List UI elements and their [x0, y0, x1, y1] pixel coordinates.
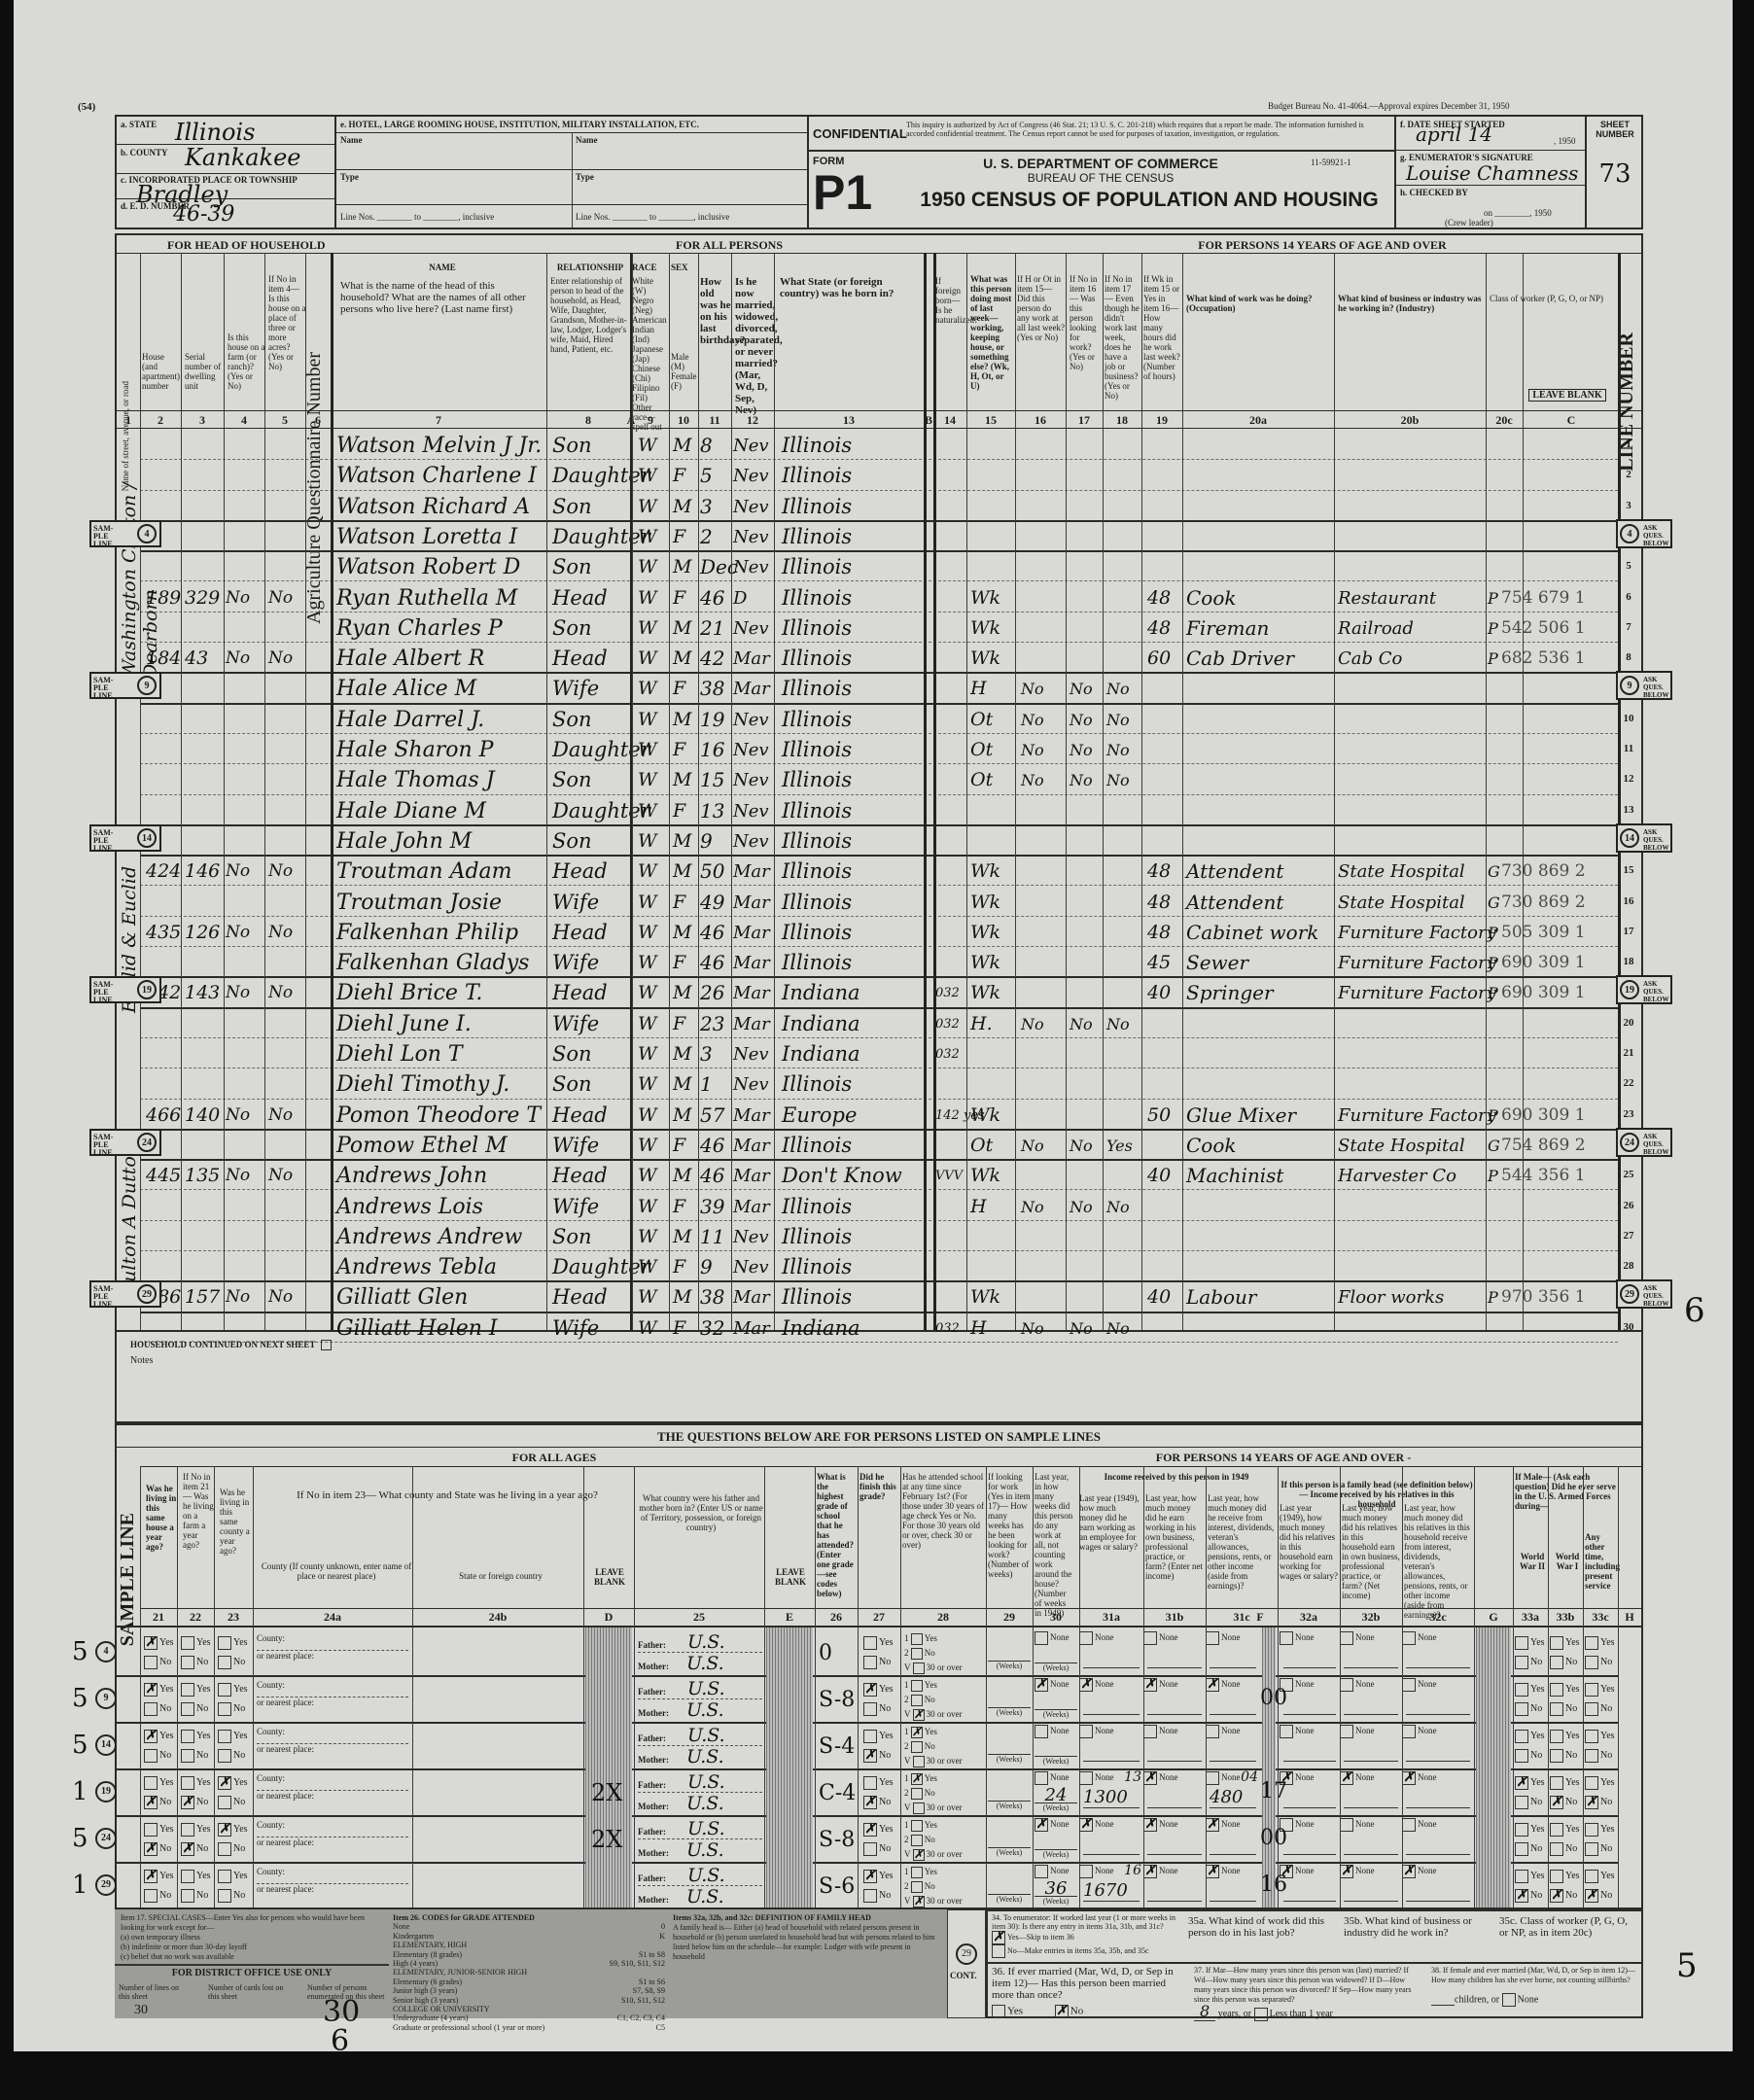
cell-marital[interactable]: Nev	[733, 460, 776, 489]
checkbox-no[interactable]	[1585, 1749, 1598, 1763]
checkbox-thirty[interactable]	[913, 1802, 925, 1814]
cell-rel[interactable]: Wife	[552, 1191, 630, 1220]
checkbox-yes[interactable]	[1585, 1683, 1598, 1697]
cell-code[interactable]: 544 356 1	[1501, 1160, 1602, 1189]
weeks-value[interactable]: 36	[1035, 1878, 1077, 1896]
checkbox-yes[interactable]	[863, 1636, 877, 1650]
checkbox-yes[interactable]: ✗	[144, 1636, 158, 1650]
father-country[interactable]: U.S.	[687, 1771, 725, 1793]
cell-race[interactable]: W	[638, 856, 667, 885]
checkbox-yes[interactable]: ✗	[218, 1776, 231, 1790]
cell-code[interactable]: 970 356 1	[1501, 1281, 1602, 1311]
cell-name[interactable]: Andrews John	[336, 1160, 550, 1189]
cell-rel[interactable]: Daughter	[552, 1251, 630, 1280]
checkbox-no[interactable]	[1585, 1842, 1598, 1856]
cell-birthplace[interactable]: Illinois	[782, 1221, 924, 1250]
checkbox-no[interactable]	[911, 1695, 923, 1706]
checkbox-yes[interactable]	[1515, 1636, 1528, 1650]
cell-marital[interactable]: Nev	[733, 612, 776, 642]
checkbox-yes[interactable]	[181, 1776, 194, 1790]
cell-house[interactable]: 424	[146, 856, 185, 885]
checkbox-yes[interactable]: ✗	[144, 1730, 158, 1743]
amount-field[interactable]	[1147, 1880, 1202, 1902]
mother-country[interactable]: U.S.	[686, 1839, 724, 1861]
cell-house[interactable]: 435	[146, 917, 185, 946]
cell-hours[interactable]: 48	[1147, 856, 1182, 885]
cell-rel[interactable]: Daughter	[552, 795, 630, 824]
none-checkbox[interactable]	[1206, 1725, 1219, 1738]
checkbox-no[interactable]	[1550, 1842, 1563, 1856]
checkbox-yes[interactable]	[911, 1633, 923, 1645]
none-checkbox[interactable]: ✗	[1206, 1678, 1219, 1692]
cell-hours[interactable]: 40	[1147, 977, 1182, 1006]
checkbox-yes[interactable]	[144, 1823, 158, 1837]
cell-birthplace[interactable]: Illinois	[782, 673, 924, 702]
cell-worked[interactable]: No	[1021, 764, 1066, 793]
cell-serial[interactable]: 329	[185, 582, 224, 612]
cell-marital[interactable]: Nev	[733, 734, 776, 763]
cell-birthplace[interactable]: Illinois	[782, 947, 924, 976]
amount-field[interactable]	[1210, 1694, 1256, 1715]
cell-sex[interactable]: F	[673, 1191, 698, 1220]
checkbox-yes[interactable]	[144, 1776, 158, 1790]
cell-job[interactable]: Yes	[1106, 1130, 1141, 1159]
cell-looking[interactable]: No	[1070, 1008, 1105, 1037]
cell-code[interactable]: 690 309 1	[1501, 1100, 1602, 1129]
checkbox-yes[interactable]: ✗	[911, 1773, 923, 1785]
cell-nat[interactable]: 032	[935, 1038, 966, 1067]
cell-farm[interactable]: No	[226, 917, 264, 946]
cell-race[interactable]: W	[638, 1251, 667, 1280]
cell-rel[interactable]: Wife	[552, 673, 630, 702]
cell-serial[interactable]: 140	[185, 1100, 224, 1129]
none-checkbox[interactable]	[1079, 1865, 1093, 1878]
county-field[interactable]: County:or nearest place:	[257, 1867, 408, 1894]
cell-marital[interactable]: Nev	[733, 1038, 776, 1067]
checkbox-no[interactable]: ✗	[144, 1796, 158, 1809]
cell-marital[interactable]: Nev	[733, 1068, 776, 1098]
amount-field[interactable]	[1083, 1694, 1140, 1715]
amount-field[interactable]	[1283, 1834, 1336, 1855]
cell-rel[interactable]: Head	[552, 1281, 630, 1311]
cell-race[interactable]: W	[638, 1008, 667, 1037]
cell-race[interactable]: W	[638, 460, 667, 489]
checkbox-yes[interactable]	[1515, 1823, 1528, 1837]
checkbox-yes[interactable]: ✗	[911, 1727, 923, 1738]
weeks-looking[interactable]: (Weeks)	[988, 1707, 1031, 1717]
cell-activity[interactable]: Ot	[970, 704, 1015, 733]
cell-marital[interactable]: Nev	[733, 521, 776, 550]
cell-age[interactable]: 57	[700, 1100, 733, 1129]
cell-marital[interactable]: Nev	[733, 551, 776, 580]
checkbox-no[interactable]	[218, 1889, 231, 1903]
q36-yes-checkbox[interactable]	[992, 2005, 1005, 2018]
cell-race[interactable]: W	[638, 825, 667, 855]
grade-attended[interactable]: S-8	[819, 1828, 855, 1852]
none-checkbox[interactable]: ✗	[1079, 1818, 1093, 1832]
cell-name[interactable]: Watson Loretta I	[336, 521, 550, 550]
cell-name[interactable]: Hale Sharon P	[336, 734, 550, 763]
cell-age[interactable]: 3	[700, 1038, 733, 1067]
checkbox-no[interactable]	[1550, 1702, 1563, 1716]
none-checkbox[interactable]: ✗	[1143, 1865, 1157, 1878]
cell-farm[interactable]: No	[226, 977, 264, 1006]
cell-rel[interactable]: Wife	[552, 947, 630, 976]
cell-serial[interactable]: 126	[185, 917, 224, 946]
cell-birthplace[interactable]: Illinois	[782, 643, 924, 672]
checkbox-no[interactable]	[911, 1741, 923, 1753]
none-checkbox[interactable]	[1340, 1678, 1353, 1692]
cell-sex[interactable]: F	[673, 1130, 698, 1159]
checkbox-no[interactable]	[1515, 1796, 1528, 1809]
checkbox-thirty[interactable]: ✗	[913, 1709, 925, 1721]
cell-acres[interactable]: No	[268, 643, 305, 672]
cell-race[interactable]: W	[638, 1191, 667, 1220]
cell-code[interactable]: 505 309 1	[1501, 917, 1602, 946]
cell-sex[interactable]: M	[673, 764, 698, 793]
county-field[interactable]: County:or nearest place:	[257, 1727, 408, 1754]
cell-age[interactable]: 38	[700, 1281, 733, 1311]
cell-race[interactable]: W	[638, 430, 667, 459]
none-checkbox[interactable]: ✗	[1340, 1865, 1353, 1878]
cell-serial[interactable]: 146	[185, 856, 224, 885]
checkbox-no[interactable]	[144, 1656, 158, 1669]
checkbox-no[interactable]	[218, 1702, 231, 1716]
cell-nat[interactable]: VVV	[935, 1160, 966, 1189]
cell-age[interactable]: 8	[700, 430, 733, 459]
weeks-looking[interactable]: (Weeks)	[988, 1754, 1031, 1764]
checkbox-no[interactable]	[1515, 1656, 1528, 1669]
none-checkbox[interactable]	[1143, 1725, 1157, 1738]
cell-serial[interactable]: 143	[185, 977, 224, 1006]
cell-worked[interactable]: No	[1021, 704, 1066, 733]
amount-field[interactable]	[1083, 1834, 1140, 1855]
checkbox-yes[interactable]: ✗	[1515, 1776, 1528, 1790]
amount-field[interactable]	[1083, 1740, 1140, 1762]
none-checkbox[interactable]	[1402, 1631, 1416, 1645]
cell-marital[interactable]: Nev	[733, 764, 776, 793]
cell-occupation[interactable]: Machinist	[1186, 1160, 1334, 1189]
cell-birthplace[interactable]: Illinois	[782, 825, 924, 855]
checkbox-no[interactable]	[218, 1656, 231, 1669]
cell-marital[interactable]: Nev	[733, 795, 776, 824]
cell-age[interactable]: 3	[700, 491, 733, 520]
checkbox-yes[interactable]	[1585, 1636, 1598, 1650]
checkbox-thirty[interactable]: ✗	[913, 1849, 925, 1861]
cell-name[interactable]: Falkenhan Philip	[336, 917, 550, 946]
cell-marital[interactable]: Nev	[733, 430, 776, 459]
checkbox-no[interactable]	[1515, 1749, 1528, 1763]
checkbox-yes[interactable]	[1515, 1730, 1528, 1743]
checkbox-no[interactable]: ✗	[1550, 1796, 1563, 1809]
amount-field[interactable]	[1406, 1880, 1470, 1902]
checkbox-yes[interactable]	[863, 1730, 877, 1743]
q37-years-value[interactable]: 8	[1194, 2002, 1215, 2021]
checkbox-no[interactable]	[218, 1749, 231, 1763]
weeks-looking[interactable]: (Weeks)	[988, 1894, 1031, 1904]
q38-children-field[interactable]	[1431, 1994, 1455, 2006]
amount-field[interactable]	[1147, 1787, 1202, 1808]
cell-marital[interactable]: Mar	[733, 856, 776, 885]
cell-sex[interactable]: M	[673, 917, 698, 946]
cell-birthplace[interactable]: Illinois	[782, 856, 924, 885]
cell-name[interactable]: Pomon Theodore T	[336, 1100, 550, 1129]
q37-less-checkbox[interactable]	[1254, 2008, 1268, 2021]
mother-country[interactable]: U.S.	[686, 1699, 724, 1721]
checkbox-no[interactable]	[863, 1702, 877, 1716]
cell-hours[interactable]: 45	[1147, 947, 1182, 976]
cell-nat[interactable]: 142 yes	[935, 1100, 966, 1129]
checkbox-no[interactable]	[218, 1796, 231, 1809]
checkbox-yes[interactable]	[181, 1870, 194, 1883]
cell-birthplace[interactable]: Illinois	[782, 551, 924, 580]
county-field[interactable]: County:or nearest place:	[257, 1680, 408, 1707]
amount-field[interactable]	[1210, 1834, 1256, 1855]
checkbox-yes[interactable]: ✗	[144, 1683, 158, 1697]
cell-occupation[interactable]: Cabinet work	[1186, 917, 1334, 946]
cell-race[interactable]: W	[638, 491, 667, 520]
checkbox-no[interactable]: ✗	[1515, 1889, 1528, 1903]
none-checkbox[interactable]	[1079, 1771, 1093, 1785]
cell-marital[interactable]: Mar	[733, 643, 776, 672]
cell-rel[interactable]: Son	[552, 704, 630, 733]
cell-birthplace[interactable]: Indiana	[782, 1038, 924, 1067]
checkbox-no[interactable]	[1585, 1702, 1598, 1716]
cell-industry[interactable]: Floor works	[1338, 1281, 1484, 1311]
cell-job[interactable]: No	[1106, 1008, 1141, 1037]
cell-race[interactable]: W	[638, 1130, 667, 1159]
amount-field[interactable]	[1210, 1740, 1256, 1762]
checkbox-no[interactable]	[1585, 1656, 1598, 1669]
cell-sex[interactable]: F	[673, 734, 698, 763]
cell-birthplace[interactable]: Illinois	[782, 795, 924, 824]
grade-attended[interactable]: S-4	[819, 1734, 855, 1759]
cell-farm[interactable]: No	[226, 582, 264, 612]
cell-marital[interactable]: Nev	[733, 491, 776, 520]
grade-attended[interactable]: S-6	[819, 1874, 855, 1899]
cell-job[interactable]: No	[1106, 1191, 1141, 1220]
checkbox-yes[interactable]	[181, 1730, 194, 1743]
checkbox-no[interactable]	[911, 1788, 923, 1800]
cell-name[interactable]: Hale Darrel J.	[336, 704, 550, 733]
checkbox-yes[interactable]	[911, 1867, 923, 1878]
cell-job[interactable]: No	[1106, 734, 1141, 763]
cell-code[interactable]: 730 869 2	[1501, 856, 1602, 885]
cell-acres[interactable]: No	[268, 1281, 305, 1311]
cell-birthplace[interactable]: Indiana	[782, 1008, 924, 1037]
cell-serial[interactable]: 157	[185, 1281, 224, 1311]
cell-marital[interactable]: Mar	[733, 1100, 776, 1129]
cell-age[interactable]: 13	[700, 795, 733, 824]
checkbox-no[interactable]	[1515, 1842, 1528, 1856]
amount-field[interactable]: 480	[1210, 1787, 1256, 1808]
cell-rel[interactable]: Head	[552, 977, 630, 1006]
father-country[interactable]: U.S.	[687, 1725, 725, 1746]
mother-country[interactable]: U.S.	[686, 1746, 724, 1767]
cell-activity[interactable]: Wk	[970, 1100, 1015, 1129]
checkbox-no[interactable]	[144, 1749, 158, 1763]
cell-hours[interactable]: 48	[1147, 582, 1182, 612]
cell-birthplace[interactable]: Illinois	[782, 764, 924, 793]
checkbox-no[interactable]	[218, 1842, 231, 1856]
checkbox-yes[interactable]	[1515, 1870, 1528, 1883]
cell-rel[interactable]: Head	[552, 917, 630, 946]
cell-age[interactable]: 23	[700, 1008, 733, 1037]
cell-house[interactable]: 445	[146, 1160, 185, 1189]
weeks-value[interactable]	[1035, 1692, 1077, 1709]
amount-field[interactable]	[1210, 1647, 1256, 1668]
cell-name[interactable]: Troutman Josie	[336, 887, 550, 916]
cell-acres[interactable]: No	[268, 917, 305, 946]
amount-field[interactable]: 1670	[1083, 1880, 1140, 1902]
cell-name[interactable]: Hale John M	[336, 825, 550, 855]
none-checkbox[interactable]	[1079, 1725, 1093, 1738]
weeks-value[interactable]	[1035, 1738, 1077, 1756]
cell-sex[interactable]: F	[673, 582, 698, 612]
checkbox-yes[interactable]	[218, 1870, 231, 1883]
cell-activity[interactable]: H	[970, 1191, 1015, 1220]
none-checkbox[interactable]: ✗	[1143, 1771, 1157, 1785]
checkbox-no[interactable]: ✗	[1550, 1889, 1563, 1903]
cell-age[interactable]: 50	[700, 856, 733, 885]
cell-race[interactable]: W	[638, 643, 667, 672]
cell-sex[interactable]: M	[673, 977, 698, 1006]
none-checkbox[interactable]	[1402, 1678, 1416, 1692]
cell-sex[interactable]: F	[673, 460, 698, 489]
cell-race[interactable]: W	[638, 1100, 667, 1129]
cell-rel[interactable]: Head	[552, 1100, 630, 1129]
checkbox-no[interactable]	[144, 1702, 158, 1716]
cell-race[interactable]: W	[638, 1221, 667, 1250]
cell-sex[interactable]: M	[673, 856, 698, 885]
cell-race[interactable]: W	[638, 764, 667, 793]
cell-rel[interactable]: Head	[552, 1160, 630, 1189]
amount-field[interactable]	[1344, 1880, 1398, 1902]
cell-race[interactable]: W	[638, 1038, 667, 1067]
cell-activity[interactable]: Wk	[970, 977, 1015, 1006]
cell-birthplace[interactable]: Illinois	[782, 734, 924, 763]
q36-no-checkbox[interactable]: ✗	[1055, 2005, 1069, 2018]
cell-name[interactable]: Hale Alice M	[336, 673, 550, 702]
checkbox-yes[interactable]: ✗	[218, 1823, 231, 1837]
cell-birthplace[interactable]: Don't Know	[782, 1160, 924, 1189]
none-checkbox[interactable]: ✗	[1035, 1818, 1048, 1832]
cell-sex[interactable]: M	[673, 1221, 698, 1250]
cell-rel[interactable]: Head	[552, 643, 630, 672]
checkbox-yes[interactable]: ✗	[144, 1870, 158, 1883]
cell-activity[interactable]: Wk	[970, 643, 1015, 672]
cell-industry[interactable]: Furniture Factory	[1338, 947, 1484, 976]
weeks-looking[interactable]: (Weeks)	[988, 1801, 1031, 1810]
cell-age[interactable]: 49	[700, 887, 733, 916]
continued-checkbox[interactable]	[321, 1340, 332, 1350]
cell-worked[interactable]: No	[1021, 734, 1066, 763]
none-checkbox[interactable]	[1402, 1818, 1416, 1832]
mother-country[interactable]: U.S.	[686, 1793, 724, 1814]
checkbox-no[interactable]	[863, 1656, 877, 1669]
cell-birthplace[interactable]: Illinois	[782, 430, 924, 459]
none-checkbox[interactable]	[1280, 1631, 1293, 1645]
cell-age[interactable]: 2	[700, 521, 733, 550]
none-checkbox[interactable]	[1035, 1771, 1048, 1785]
cell-activity[interactable]: Wk	[970, 887, 1015, 916]
cell-race[interactable]: W	[638, 1068, 667, 1098]
cell-marital[interactable]: Mar	[733, 1191, 776, 1220]
cell-name[interactable]: Diehl Brice T.	[336, 977, 550, 1006]
checkbox-yes[interactable]	[911, 1680, 923, 1692]
cell-marital[interactable]: Mar	[733, 887, 776, 916]
checkbox-no[interactable]: ✗	[1585, 1796, 1598, 1809]
cell-name[interactable]: Ryan Charles P	[336, 612, 550, 642]
checkbox-no[interactable]	[144, 1889, 158, 1903]
amount-field[interactable]	[1406, 1787, 1470, 1808]
cell-farm[interactable]: No	[226, 1281, 264, 1311]
checkbox-no[interactable]	[911, 1648, 923, 1660]
checkbox-no[interactable]	[863, 1842, 877, 1856]
cell-hours[interactable]: 50	[1147, 1100, 1182, 1129]
cell-rel[interactable]: Son	[552, 1038, 630, 1067]
cell-looking[interactable]: No	[1070, 1130, 1105, 1159]
cell-code[interactable]: 730 869 2	[1501, 887, 1602, 916]
cell-activity[interactable]: Wk	[970, 917, 1015, 946]
cell-sex[interactable]: M	[673, 704, 698, 733]
cell-age[interactable]: 9	[700, 1251, 733, 1280]
amount-field[interactable]	[1147, 1647, 1202, 1668]
cell-marital[interactable]: Mar	[733, 673, 776, 702]
cell-activity[interactable]: Ot	[970, 1130, 1015, 1159]
none-checkbox[interactable]	[1035, 1725, 1048, 1738]
cell-worked[interactable]: No	[1021, 1191, 1066, 1220]
cell-race[interactable]: W	[638, 1281, 667, 1311]
cell-code[interactable]: 754 679 1	[1501, 582, 1602, 612]
cell-activity[interactable]: Wk	[970, 1160, 1015, 1189]
cell-rel[interactable]: Son	[552, 612, 630, 642]
cell-occupation[interactable]: Attendent	[1186, 856, 1334, 885]
none-checkbox[interactable]	[1340, 1725, 1353, 1738]
cell-name[interactable]: Ryan Ruthella M	[336, 582, 550, 612]
checkbox-no[interactable]	[181, 1656, 194, 1669]
cell-marital[interactable]: Mar	[733, 917, 776, 946]
cell-job[interactable]: No	[1106, 673, 1141, 702]
cell-birthplace[interactable]: Illinois	[782, 1068, 924, 1098]
cell-occupation[interactable]: Glue Mixer	[1186, 1100, 1334, 1129]
cell-occupation[interactable]: Springer	[1186, 977, 1334, 1006]
none-checkbox[interactable]	[1280, 1725, 1293, 1738]
q34-yes-checkbox[interactable]: ✗	[992, 1931, 1005, 1944]
checkbox-no[interactable]	[863, 1889, 877, 1903]
none-checkbox[interactable]	[1035, 1865, 1048, 1878]
amount-field[interactable]	[1344, 1740, 1398, 1762]
cell-rel[interactable]: Son	[552, 491, 630, 520]
cell-name[interactable]: Troutman Adam	[336, 856, 550, 885]
cell-industry[interactable]: Harvester Co	[1338, 1160, 1484, 1189]
cell-marital[interactable]: Mar	[733, 1130, 776, 1159]
cell-age[interactable]: 9	[700, 825, 733, 855]
amount-field[interactable]: 1300	[1083, 1787, 1140, 1808]
mother-country[interactable]: U.S.	[686, 1886, 724, 1907]
cell-birthplace[interactable]: Illinois	[782, 1191, 924, 1220]
father-country[interactable]: U.S.	[687, 1678, 725, 1699]
checkbox-no[interactable]	[1550, 1749, 1563, 1763]
cell-sex[interactable]: M	[673, 1068, 698, 1098]
cell-industry[interactable]: Restaurant	[1338, 582, 1484, 612]
cell-birthplace[interactable]: Illinois	[782, 460, 924, 489]
cell-birthplace[interactable]: Illinois	[782, 704, 924, 733]
checkbox-yes[interactable]	[1585, 1730, 1598, 1743]
mother-country[interactable]: U.S.	[686, 1653, 724, 1674]
amount-field[interactable]	[1283, 1880, 1336, 1902]
amount-field[interactable]	[1147, 1740, 1202, 1762]
